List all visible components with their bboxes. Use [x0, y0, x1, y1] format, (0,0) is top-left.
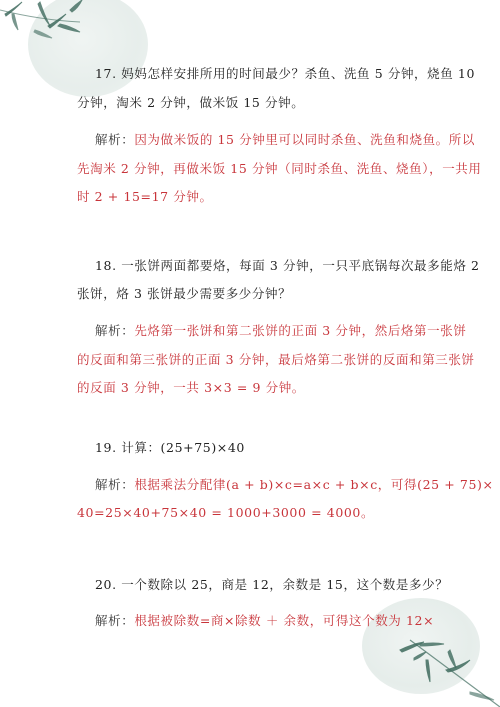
problem-18-analysis-line-2: 的反面和第三张饼的正面 3 分钟，最后烙第二张饼的反面和第三张饼: [77, 352, 475, 368]
problem-19-analysis-line-2: 40=25×40+75×40 = 1000+3000 = 4000。: [77, 505, 374, 521]
problem-19-analysis-line-1: 解析：根据乘法分配律(a + b)×c=a×c + b×c，可得(25 + 75…: [95, 477, 494, 493]
problem-18-analysis-line-1: 解析：先烙第一张饼和第二张饼的正面 3 分钟，然后烙第一张饼: [95, 323, 466, 339]
analysis-label: 解析：: [95, 323, 134, 338]
analysis-text: 先烙第一张饼和第二张饼的正面 3 分钟，然后烙第一张饼: [134, 323, 466, 338]
bamboo-icon-bottom-right: [390, 630, 500, 707]
problem-18-analysis-line-3: 的反面 3 分钟，一共 3×3 = 9 分钟。: [77, 380, 305, 396]
problem-20-question-line-1: 20. 一个数除以 25，商是 12，余数是 15，这个数是多少？: [95, 577, 448, 593]
problem-20-analysis-line-1: 解析：根据被除数=商×除数 ＋ 余数，可得这个数为 12×: [95, 613, 434, 629]
analysis-label: 解析：: [95, 613, 134, 628]
problem-19-question-line-1: 19. 计算：(25+75)×40: [95, 440, 245, 456]
problem-17-analysis-line-1: 解析：因为做米饭的 15 分钟里可以同时杀鱼、洗鱼和烧鱼。所以: [95, 132, 475, 148]
bamboo-icon-top-left: [0, 0, 140, 60]
analysis-text: 因为做米饭的 15 分钟里可以同时杀鱼、洗鱼和烧鱼。所以: [134, 132, 475, 147]
problem-17-analysis-line-2: 先淘米 2 分钟，再做米饭 15 分钟（同时杀鱼、洗鱼、烧鱼），一共用: [77, 161, 482, 177]
analysis-label: 解析：: [95, 477, 134, 492]
problem-17-analysis-line-3: 时 2 + 15=17 分钟。: [77, 189, 213, 205]
problem-17-question-line-2: 分钟，淘米 2 分钟，做米饭 15 分钟。: [77, 95, 304, 111]
problem-18-question-line-1: 18. 一张饼两面都要烙，每面 3 分钟，一只平底锅每次最多能烙 2: [95, 258, 480, 274]
analysis-label: 解析：: [95, 132, 134, 147]
problem-18-question-line-2: 张饼，烙 3 张饼最少需要多少分钟？: [77, 286, 291, 302]
problem-17-question-line-1: 17. 妈妈怎样安排所用的时间最少？杀鱼、洗鱼 5 分钟，烧鱼 10: [95, 66, 475, 82]
analysis-text: 根据乘法分配律(a + b)×c=a×c + b×c，可得(25 + 75)×: [134, 477, 493, 492]
analysis-text: 根据被除数=商×除数 ＋ 余数，可得这个数为 12×: [134, 613, 434, 628]
